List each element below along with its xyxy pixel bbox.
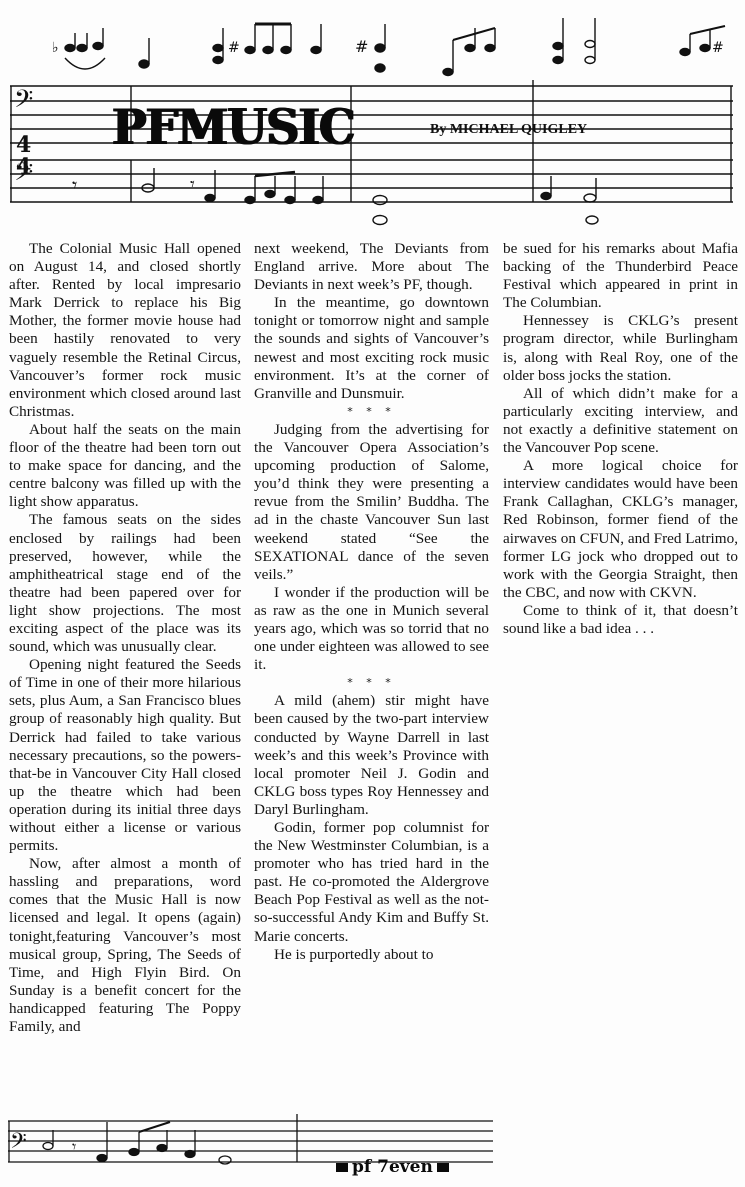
folio-block-icon bbox=[437, 1163, 449, 1172]
author-byline: By MICHAEL QUIGLEY bbox=[430, 122, 587, 138]
paragraph: A mild (ahem) stir might have been cause… bbox=[254, 692, 489, 819]
paragraph: Godin, former pop columnist for the New … bbox=[254, 819, 489, 946]
page-folio: pf 7even bbox=[336, 1157, 449, 1177]
section-separator: * * * bbox=[254, 403, 489, 421]
paragraph: All of which didn’t make for a particula… bbox=[503, 385, 738, 457]
paragraph: A more logical choice for interview cand… bbox=[503, 457, 738, 602]
paragraph: Now, after almost a month of hassling an… bbox=[9, 855, 241, 1036]
paragraph: He is purportedly about to bbox=[254, 946, 489, 964]
folio-text: pf 7even bbox=[352, 1157, 433, 1177]
paragraph: I wonder if the production will be as ra… bbox=[254, 584, 489, 674]
folio-block-icon bbox=[336, 1163, 348, 1172]
paragraph: Come to think of it, that doesn’t sound … bbox=[503, 602, 738, 638]
newspaper-page: 𝄢 𝄢 4 4 ♭ # # bbox=[0, 0, 745, 1187]
paragraph-continued: next weekend, The Deviants from England … bbox=[254, 240, 489, 294]
footer-music-staff: 𝄢 𝄾 pf 7even bbox=[0, 1100, 745, 1187]
svg-text:#: # bbox=[228, 40, 240, 56]
svg-text:#: # bbox=[712, 40, 724, 56]
header-music-staff: 𝄢 𝄢 4 4 ♭ # # bbox=[0, 0, 745, 228]
article-column-3: be sued for his remarks about Mafia back… bbox=[503, 240, 738, 638]
svg-text:𝄾: 𝄾 bbox=[190, 174, 195, 195]
paragraph: Opening night featured the Seeds of Time… bbox=[9, 656, 241, 855]
svg-text:4: 4 bbox=[16, 154, 31, 180]
article-column-1: The Colonial Music Hall opened on August… bbox=[9, 240, 241, 1036]
paragraph-continued: be sued for his remarks about Mafia back… bbox=[503, 240, 738, 312]
paragraph: About half the seats on the main floor o… bbox=[9, 421, 241, 511]
paragraph: In the meantime, go downtown tonight or … bbox=[254, 294, 489, 403]
paragraph: Judging from the advertising for the Van… bbox=[254, 421, 489, 584]
svg-text:𝄾: 𝄾 bbox=[72, 1137, 76, 1156]
paragraph: The Colonial Music Hall opened on August… bbox=[9, 240, 241, 421]
section-separator: * * * bbox=[254, 674, 489, 692]
masthead-title: PFMUSIC bbox=[112, 99, 355, 156]
paragraph: The famous seats on the sides enclosed b… bbox=[9, 511, 241, 656]
paragraph: Hennessey is CKLG’s present program dire… bbox=[503, 312, 738, 384]
svg-text:𝄾: 𝄾 bbox=[72, 173, 77, 197]
bass-clef-icon: 𝄢 bbox=[10, 1129, 27, 1159]
bass-clef-icon: 𝄢 bbox=[14, 85, 33, 120]
svg-text:♭: ♭ bbox=[52, 40, 59, 56]
article-column-2: next weekend, The Deviants from England … bbox=[254, 240, 489, 964]
svg-text:#: # bbox=[355, 37, 368, 56]
